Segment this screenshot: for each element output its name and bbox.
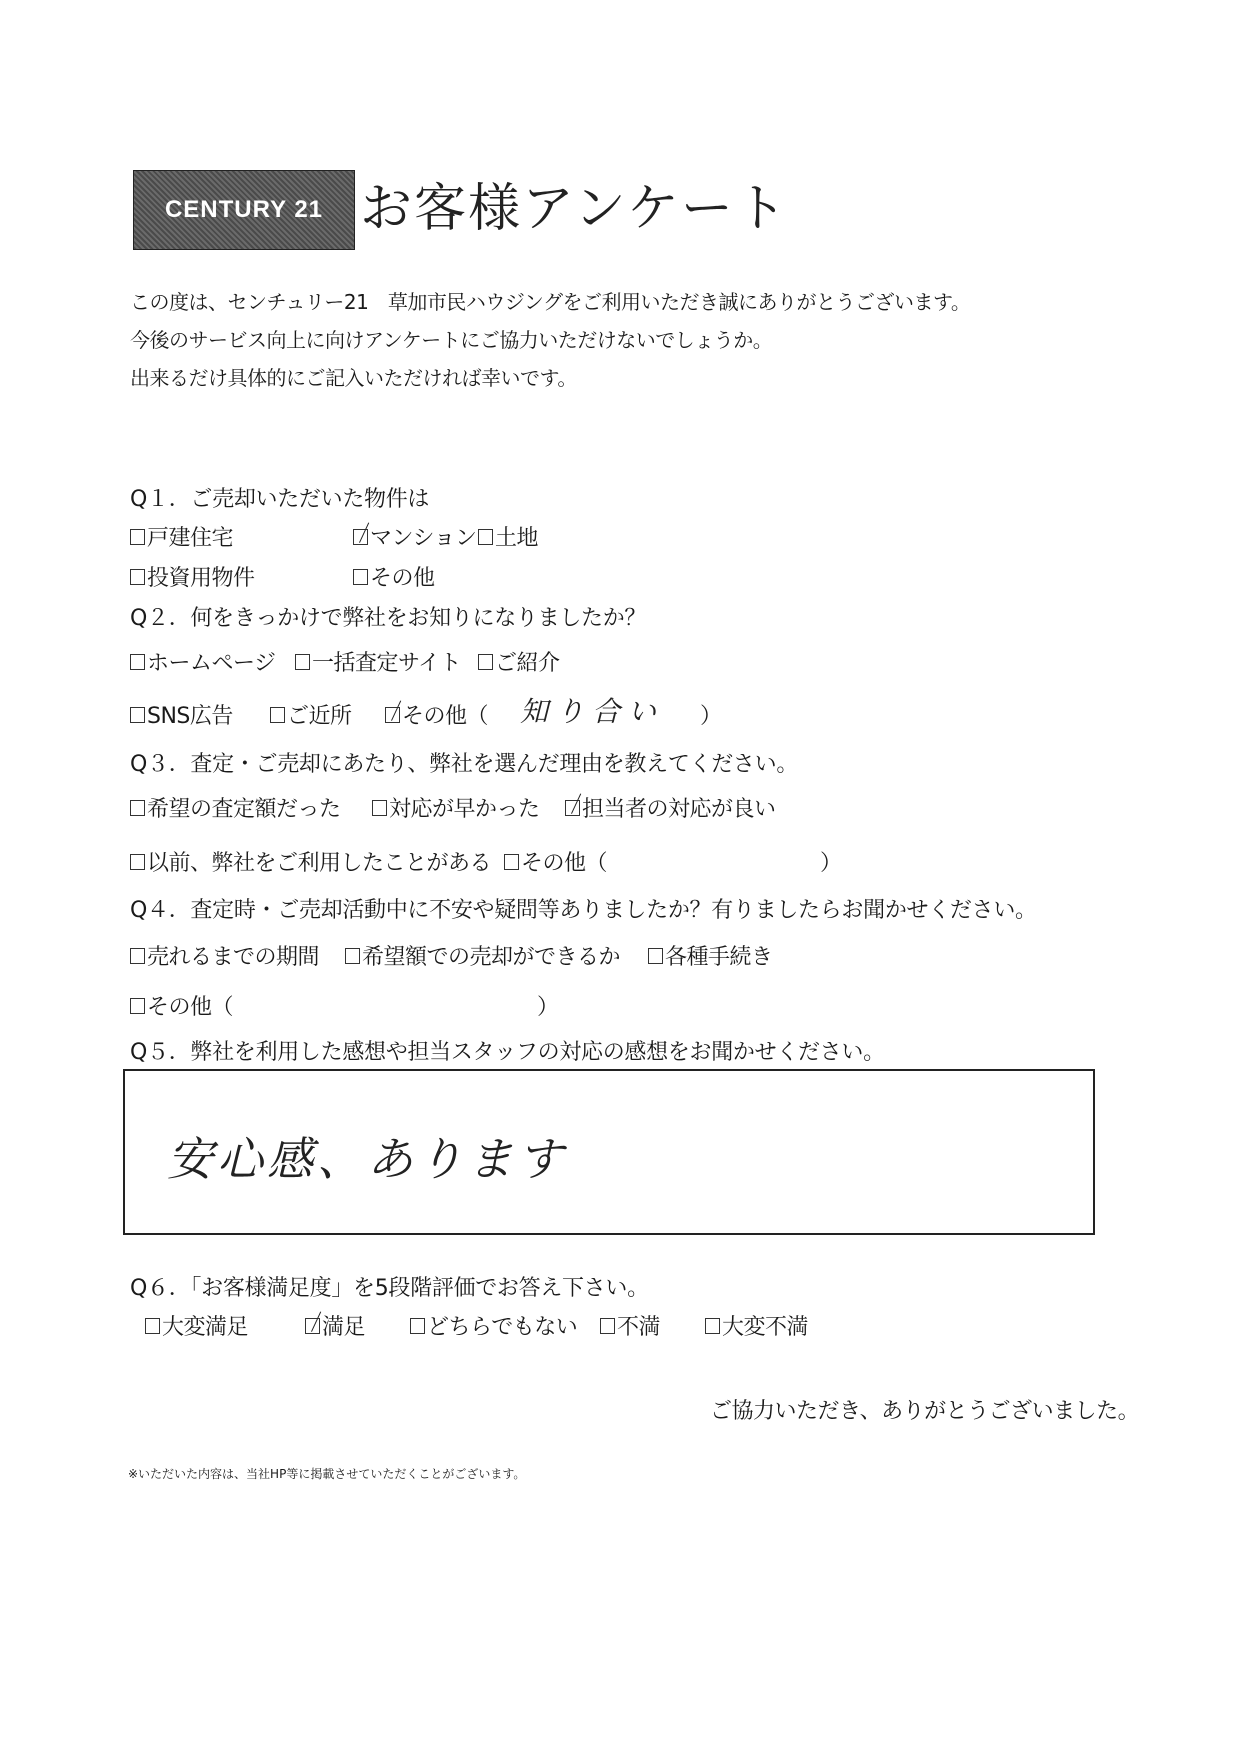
- q5-answer-box[interactable]: 安心感、あります: [123, 1069, 1095, 1235]
- q4-option-procedures[interactable]: 各種手続き: [648, 940, 773, 971]
- checked-checkbox-icon[interactable]: [353, 529, 368, 545]
- thank-you-message: ご協力いただき、ありがとうございました。: [710, 1394, 1139, 1425]
- q2-label: Q２．何をきっかけで弊社をお知りになりましたか？: [130, 601, 646, 632]
- publication-note: ※いただいた内容は、当社HP等に掲載させていただくことがございます。: [128, 1465, 525, 1482]
- q6-option-very-satisfied[interactable]: 大変満足: [145, 1310, 248, 1341]
- logo-text: CENTURY 21: [165, 196, 323, 224]
- page-title: お客様アンケート: [360, 166, 789, 241]
- checkbox-icon[interactable]: [372, 800, 387, 816]
- checkbox-icon[interactable]: [600, 1318, 615, 1334]
- q1-label: Q１．ご売却いただいた物件は: [130, 482, 429, 513]
- q3-label: Q３．査定・ご売却にあたり、弊社を選んだ理由を教えてください。: [130, 747, 798, 778]
- checkbox-icon[interactable]: [648, 948, 663, 964]
- q4-other-close-paren: ）: [537, 990, 559, 1021]
- intro-line-2: 今後のサービス向上に向けアンケートにご協力いただけないでしょうか。: [130, 324, 772, 353]
- q4-option-other[interactable]: その他（: [130, 990, 233, 1021]
- checkbox-icon[interactable]: [478, 654, 493, 670]
- checkbox-icon[interactable]: [130, 998, 145, 1014]
- checkbox-icon[interactable]: [130, 800, 145, 816]
- intro-line-3: 出来るだけ具体的にご記入いただければ幸いです。: [130, 362, 577, 391]
- q2-option-homepage[interactable]: ホームページ: [130, 646, 276, 677]
- century21-logo: CENTURY 21: [133, 170, 355, 250]
- checkbox-icon[interactable]: [130, 854, 145, 870]
- q3-other-close-paren: ）: [820, 846, 842, 877]
- q1-option-investment[interactable]: 投資用物件: [130, 561, 255, 592]
- q1-option-other[interactable]: その他: [353, 561, 435, 592]
- checkbox-icon[interactable]: [130, 529, 145, 545]
- q6-option-dissatisfied[interactable]: 不満: [600, 1310, 660, 1341]
- q5-label: Q５．弊社を利用した感想や担当スタッフの対応の感想をお聞かせください。: [130, 1035, 885, 1066]
- q3-option-desired-price[interactable]: 希望の査定額だった: [130, 792, 341, 823]
- q2-other-close-paren: ）: [700, 699, 722, 730]
- q1-option-land[interactable]: 土地: [478, 521, 538, 552]
- checkbox-icon[interactable]: [705, 1318, 720, 1334]
- q2-option-other[interactable]: その他（: [385, 699, 488, 730]
- q6-option-very-dissatisfied[interactable]: 大変不満: [705, 1310, 808, 1341]
- checkbox-icon[interactable]: [130, 948, 145, 964]
- intro-line-1: この度は、センチュリー21 草加市民ハウジングをご利用いただき誠にありがとうござ…: [130, 286, 970, 315]
- q3-option-other[interactable]: その他（: [504, 846, 607, 877]
- q2-option-referral[interactable]: ご紹介: [478, 646, 560, 677]
- checked-checkbox-icon[interactable]: [565, 800, 580, 816]
- checkbox-icon[interactable]: [270, 707, 285, 723]
- q3-option-good-staff[interactable]: 担当者の対応が良い: [565, 792, 776, 823]
- q3-option-fast-response[interactable]: 対応が早かった: [372, 792, 540, 823]
- checkbox-icon[interactable]: [410, 1318, 425, 1334]
- checkbox-icon[interactable]: [130, 707, 145, 723]
- q5-handwritten-answer: 安心感、あります: [167, 1123, 567, 1189]
- checkbox-icon[interactable]: [345, 948, 360, 964]
- checkbox-icon[interactable]: [295, 654, 310, 670]
- q1-option-mansion[interactable]: マンション: [353, 521, 477, 552]
- q4-label: Q４．査定時・ご売却活動中に不安や疑問等ありましたか？有りましたらお聞かせくださ…: [130, 893, 1037, 924]
- checkbox-icon[interactable]: [478, 529, 493, 545]
- checkbox-icon[interactable]: [504, 854, 519, 870]
- q6-label: Q６．「お客様満足度」を5段階評価でお答え下さい。: [130, 1271, 649, 1302]
- q6-option-satisfied[interactable]: 満足: [305, 1310, 365, 1341]
- q2-other-handwritten[interactable]: 知り合い: [520, 690, 664, 730]
- q6-option-neutral[interactable]: どちらでもない: [410, 1310, 577, 1341]
- q2-option-bulk-appraisal[interactable]: 一括査定サイト: [295, 646, 461, 677]
- checked-checkbox-icon[interactable]: [385, 707, 400, 723]
- checkbox-icon[interactable]: [145, 1318, 160, 1334]
- q4-option-time-to-sell[interactable]: 売れるまでの期間: [130, 940, 319, 971]
- checkbox-icon[interactable]: [130, 569, 145, 585]
- q3-option-previous-use[interactable]: 以前、弊社をご利用したことがある: [130, 846, 491, 877]
- q2-option-sns[interactable]: SNS広告: [130, 699, 233, 730]
- checkbox-icon[interactable]: [130, 654, 145, 670]
- checkbox-icon[interactable]: [353, 569, 368, 585]
- q4-option-desired-price-sale[interactable]: 希望額での売却ができるか: [345, 940, 620, 971]
- q2-option-neighborhood[interactable]: ご近所: [270, 699, 352, 730]
- q1-option-detached-house[interactable]: 戸建住宅: [130, 521, 233, 552]
- checked-checkbox-icon[interactable]: [305, 1318, 320, 1334]
